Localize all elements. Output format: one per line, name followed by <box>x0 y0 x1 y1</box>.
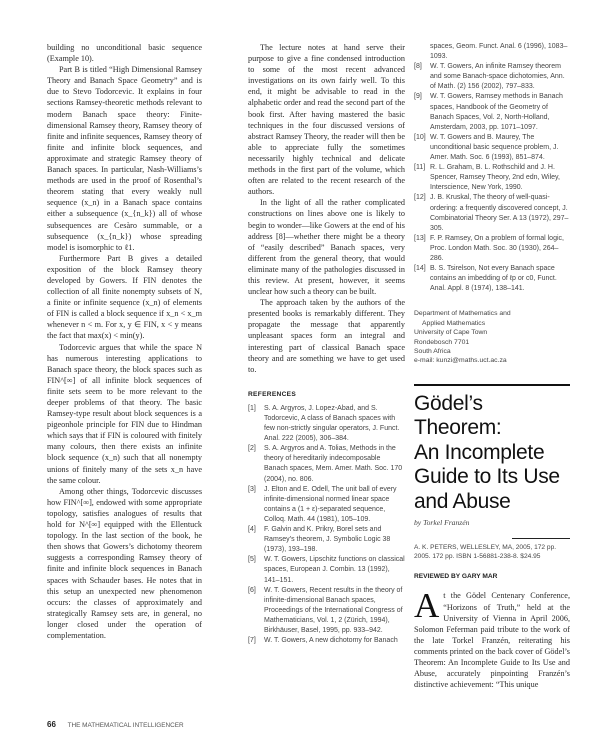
affiliation-line: Department of Mathematics and <box>414 309 570 318</box>
reference-number: [2] <box>248 444 256 454</box>
middle-paragraph-2: In the light of all the rather complicat… <box>248 197 405 297</box>
reference-item: [7] W. T. Gowers, A new dichotomy for Ba… <box>248 636 405 646</box>
reference-number: [8] <box>414 62 422 72</box>
reference-number: [1] <box>248 404 256 414</box>
reference-item: [12] J. B. Kruskal, The theory of well-q… <box>414 193 570 233</box>
biblio-line: A. K. PETERS, WELLESLEY, MA, 2005, 172 p… <box>414 543 570 552</box>
book-bibliographic-info: A. K. PETERS, WELLESLEY, MA, 2005, 172 p… <box>414 543 570 561</box>
journal-name: THE MATHEMATICAL INTELLIGENCER <box>68 722 184 729</box>
left-paragraph-5: Among other things, Todorcevic discusses… <box>47 486 202 641</box>
reference-text: S. A. Argyros, J. Lopez-Abad, and S. Tod… <box>264 405 399 442</box>
reference-text: B. S. Tsirelson, Not every Banach space … <box>430 265 557 292</box>
reference-text: J. Elton and E. Odell, The unit ball of … <box>264 486 397 523</box>
affiliation-line: Applied Mathematics <box>414 319 570 328</box>
reference-item: [6] W. T. Gowers, Recent results in the … <box>248 586 405 636</box>
reference-text: J. B. Kruskal, The theory of well-quasi-… <box>430 194 568 231</box>
reference-text: W. T. Gowers, Recent results in the theo… <box>264 587 403 634</box>
references-list: [1] S. A. Argyros, J. Lopez-Abad, and S.… <box>248 404 405 646</box>
reference-text: spaces, Geom. Funct. Anal. 6 (1996), 108… <box>430 43 567 60</box>
affiliation-line: University of Cape Town <box>414 328 570 337</box>
reference-text: W. T. Gowers and B. Maurey, The uncondit… <box>430 134 558 161</box>
middle-paragraph-3: The approach taken by the authors of the… <box>248 297 405 375</box>
reference-text: W. T. Gowers, A new dichotomy for Banach <box>264 637 398 644</box>
reference-item: [10] W. T. Gowers and B. Maurey, The unc… <box>414 133 570 163</box>
right-column: spaces, Geom. Funct. Anal. 6 (1996), 108… <box>414 42 570 690</box>
reference-text: F. P. Ramsey, On a problem of formal log… <box>430 235 564 262</box>
reference-number: [7] <box>248 636 256 646</box>
left-column: building no unconditional basic sequence… <box>47 42 202 641</box>
reference-item: [14] B. S. Tsirelson, Not every Banach s… <box>414 264 570 294</box>
reference-text: W. T. Gowers, Lipschitz functions on cla… <box>264 556 405 583</box>
author-affiliation: Department of Mathematics and Applied Ma… <box>414 309 570 365</box>
reference-number: [6] <box>248 586 256 596</box>
reference-item: [11] R. L. Graham, B. L. Rothschild and … <box>414 163 570 193</box>
reference-item: [1] S. A. Argyros, J. Lopez-Abad, and S.… <box>248 404 405 444</box>
title-line: Guide to Its Use <box>414 465 570 490</box>
reference-number: [9] <box>414 92 422 102</box>
reference-number: [13] <box>414 234 426 244</box>
article-title: Gödel’s Theorem: An Incomplete Guide to … <box>414 392 570 515</box>
biblio-line: 2005. 172 pp. ISBN 1-56881-238-8. $24.95 <box>414 552 570 561</box>
title-line: Gödel’s Theorem: <box>414 392 570 441</box>
left-paragraph-4: Todorcevic argues that while the space N… <box>47 342 202 486</box>
page-number: 66 <box>47 720 56 729</box>
reference-number: [4] <box>248 525 256 535</box>
reference-number: [14] <box>414 264 426 274</box>
middle-column: The lecture notes at hand serve their pu… <box>248 42 405 646</box>
article-byline: by Torkel Franzén <box>414 517 570 528</box>
reviewer-credit: REVIEWED BY GARY MAR <box>414 571 570 582</box>
short-divider <box>512 538 570 539</box>
references-list-continued: spaces, Geom. Funct. Anal. 6 (1996), 108… <box>414 42 570 294</box>
reference-item: [8] W. T. Gowers, An infinite Ramsey the… <box>414 62 570 92</box>
affiliation-line: South Africa <box>414 347 570 356</box>
reference-text: W. T. Gowers, Ramsey methods in Banach s… <box>430 93 563 130</box>
reference-text: R. L. Graham, B. L. Rothschild and J. H.… <box>430 164 560 191</box>
drop-cap: A <box>414 591 439 621</box>
section-divider <box>414 384 570 386</box>
left-paragraph-3: Furthermore Part B gives a detailed expo… <box>47 253 202 342</box>
reference-item: [5] W. T. Gowers, Lipschitz functions on… <box>248 555 405 585</box>
reference-number: [10] <box>414 133 426 143</box>
title-line: An Incomplete <box>414 441 570 466</box>
left-paragraph-2: Part B is titled “High Dimensional Ramse… <box>47 64 202 253</box>
page-footer: 66 THE MATHEMATICAL INTELLIGENCER <box>47 720 184 729</box>
reference-text: S. A. Argyros and A. Tolias, Methods in … <box>264 445 402 482</box>
affiliation-email[interactable]: e-mail: kunzi@maths.uct.ac.za <box>414 356 570 365</box>
reference-text: F. Galvin and K. Prikry, Borel sets and … <box>264 526 390 553</box>
affiliation-line: Rondebosch 7701 <box>414 338 570 347</box>
reference-number: [12] <box>414 193 426 203</box>
reference-number: [11] <box>414 163 425 173</box>
reference-item: [4] F. Galvin and K. Prikry, Borel sets … <box>248 525 405 555</box>
reference-item: [2] S. A. Argyros and A. Tolias, Methods… <box>248 444 405 484</box>
reference-item: [13] F. P. Ramsey, On a problem of forma… <box>414 234 570 264</box>
article-body: A t the Gödel Centenary Conference, “Hor… <box>414 590 570 690</box>
reference-number: [3] <box>248 485 256 495</box>
title-line: and Abuse <box>414 490 570 515</box>
reference-item: [9] W. T. Gowers, Ramsey methods in Bana… <box>414 92 570 132</box>
reference-text: W. T. Gowers, An infinite Ramsey theorem… <box>430 63 565 90</box>
left-paragraph-1: building no unconditional basic sequence… <box>47 42 202 64</box>
references-heading: REFERENCES <box>248 389 405 400</box>
reference-item: spaces, Geom. Funct. Anal. 6 (1996), 108… <box>414 42 570 62</box>
reference-number: [5] <box>248 555 256 565</box>
middle-paragraph-1: The lecture notes at hand serve their pu… <box>248 42 405 197</box>
reference-item: [3] J. Elton and E. Odell, The unit ball… <box>248 485 405 525</box>
